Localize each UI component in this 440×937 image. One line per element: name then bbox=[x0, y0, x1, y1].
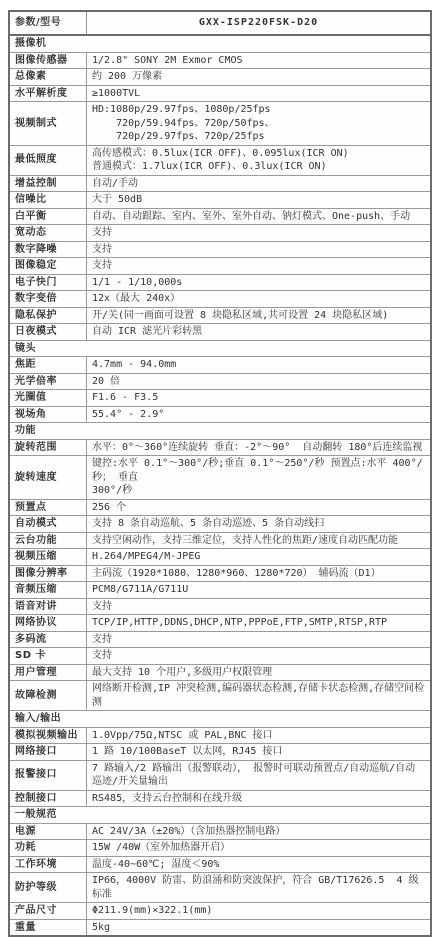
spec-row: 数字变倍12x（最大 240x） bbox=[9, 291, 431, 308]
section-row: 镜头 bbox=[9, 340, 431, 357]
param-value: Φ211.9(mm)×322.1(mm) bbox=[87, 903, 432, 920]
param-value: 温度-40~60℃; 湿度＜90% bbox=[87, 856, 432, 873]
spec-row: 光圈值F1.6 - F3.5 bbox=[9, 390, 431, 407]
spec-row: 图像稳定支持 bbox=[9, 258, 431, 275]
param-label: 网络协议 bbox=[9, 615, 87, 632]
spec-row: 光学倍率20 倍 bbox=[9, 373, 431, 390]
spec-row: 日夜模式自动 ICR 滤光片彩转黑 bbox=[9, 324, 431, 341]
section-row: 输入/输出 bbox=[9, 711, 431, 728]
param-value: 1/2.8" SONY 2M Exmor CMOS bbox=[87, 52, 432, 69]
param-value: AC 24V/3A（±20%）（含加热器控制电路） bbox=[87, 823, 432, 840]
spec-row: 自动模式支持 8 条自动巡航、5 条自动巡迹、5 条自动线扫 bbox=[9, 516, 431, 533]
param-label: 信噪比 bbox=[9, 192, 87, 209]
spec-row: 视频压缩H.264/MPEG4/M-JPEG bbox=[9, 549, 431, 566]
param-label: 数字降噪 bbox=[9, 241, 87, 258]
param-label: 自动模式 bbox=[9, 516, 87, 533]
param-value-line: 键控:水平 0.1°～300°/秒;垂直 0.1°～250°/秒 预置点:水平 … bbox=[92, 457, 425, 484]
spec-table-body: 参数/型号 GXX-ISP220FSK-D20 摄像机图像传感器1/2.8" S… bbox=[9, 11, 431, 936]
param-label: 日夜模式 bbox=[9, 324, 87, 341]
spec-row: 水平解析度≥1000TVL bbox=[9, 85, 431, 102]
param-label: SD 卡 bbox=[9, 648, 87, 665]
param-label: 报警接口 bbox=[9, 760, 87, 790]
param-label: 白平衡 bbox=[9, 208, 87, 225]
param-label: 视频压缩 bbox=[9, 549, 87, 566]
param-label: 音频压缩 bbox=[9, 582, 87, 599]
section-row: 功能 bbox=[9, 423, 431, 440]
param-value: 自动、自动跟踪、室内、室外、室外自动、钠灯模式、One-push、手动 bbox=[87, 208, 432, 225]
spec-row: 电子快门1/1 - 1/10,000s bbox=[9, 274, 431, 291]
spec-row: 工作环境温度-40~60℃; 湿度＜90% bbox=[9, 856, 431, 873]
param-label: 最低照度 bbox=[9, 145, 87, 175]
spec-row: 报警接口7 路输入/2 路输出（报警联动）， 报警时可联动预置点/自动巡航/自动… bbox=[9, 760, 431, 790]
param-value: RS485，支持云台控制和在线升级 bbox=[87, 790, 432, 807]
param-value: 支持 bbox=[87, 258, 432, 275]
param-label: 数字变倍 bbox=[9, 291, 87, 308]
spec-row: 视场角55.4° - 2.9° bbox=[9, 406, 431, 423]
spec-row: 网络接口1 路 10/100BaseT 以太网，RJ45 接口 bbox=[9, 744, 431, 761]
param-value: 4.7mm - 94.0mm bbox=[87, 357, 432, 374]
param-value: 256 个 bbox=[87, 499, 432, 516]
param-value-line: 高传感模式：0.5lux(ICR OFF)、0.095lux(ICR ON) bbox=[92, 147, 425, 161]
param-value: 支持 bbox=[87, 241, 432, 258]
param-value: PCM8/G711A/G711U bbox=[87, 582, 432, 599]
model-number: GXX-ISP220FSK-D20 bbox=[87, 11, 432, 35]
param-value-line: 720p/59.94fps、720p/50fps、 bbox=[92, 117, 425, 131]
param-label: 故障检测 bbox=[9, 681, 87, 711]
spec-row: 电源AC 24V/3A（±20%）（含加热器控制电路） bbox=[9, 823, 431, 840]
spec-row: 产品尺寸Φ211.9(mm)×322.1(mm) bbox=[9, 903, 431, 920]
param-value: 1.0Vpp/75Ω,NTSC 或 PAL,BNC 接口 bbox=[87, 727, 432, 744]
param-label: 电子快门 bbox=[9, 274, 87, 291]
param-value: 水平：0°～360°连续旋转 垂直：-2°～90° 自动翻转 180°后连续监视 bbox=[87, 439, 432, 456]
section-label: 摄像机 bbox=[9, 35, 431, 52]
param-value: 7 路输入/2 路输出（报警联动）， 报警时可联动预置点/自动巡航/自动巡迹/开… bbox=[87, 760, 432, 790]
section-label: 输入/输出 bbox=[9, 711, 431, 728]
spec-row: 多码流支持 bbox=[9, 631, 431, 648]
param-label: 语音对讲 bbox=[9, 598, 87, 615]
param-value-line: HD:1080p/29.97fps、1080p/25fps bbox=[92, 103, 425, 117]
spec-row: 网络协议TCP/IP,HTTP,DDNS,DHCP,NTP,PPPoE,FTP,… bbox=[9, 615, 431, 632]
param-label: 光学倍率 bbox=[9, 373, 87, 390]
param-value: TCP/IP,HTTP,DDNS,DHCP,NTP,PPPoE,FTP,SMTP… bbox=[87, 615, 432, 632]
param-label: 总像素 bbox=[9, 69, 87, 86]
spec-row: 语音对讲支持 bbox=[9, 598, 431, 615]
spec-row: 白平衡自动、自动跟踪、室内、室外、室外自动、钠灯模式、One-push、手动 bbox=[9, 208, 431, 225]
param-label: 隐私保护 bbox=[9, 307, 87, 324]
param-model-label: 参数/型号 bbox=[9, 11, 87, 35]
param-label: 工作环境 bbox=[9, 856, 87, 873]
param-value: 主码流（1920*1080、1280*960、1280*720） 辅码流（D1） bbox=[87, 565, 432, 582]
param-label: 增益控制 bbox=[9, 175, 87, 192]
param-value: 1/1 - 1/10,000s bbox=[87, 274, 432, 291]
param-label: 功耗 bbox=[9, 840, 87, 857]
spec-row: 信噪比大于 50dB bbox=[9, 192, 431, 209]
spec-row: 云台功能支持空闲动作，支持三维定位，支持人性化的焦距/速度自动匹配功能 bbox=[9, 532, 431, 549]
param-value: 20 倍 bbox=[87, 373, 432, 390]
section-label: 功能 bbox=[9, 423, 431, 440]
param-label: 预置点 bbox=[9, 499, 87, 516]
param-label: 多码流 bbox=[9, 631, 87, 648]
param-value: 自动/手动 bbox=[87, 175, 432, 192]
param-value: 自动 ICR 滤光片彩转黑 bbox=[87, 324, 432, 341]
spec-row: 焦距4.7mm - 94.0mm bbox=[9, 357, 431, 374]
section-row: 一般规范 bbox=[9, 807, 431, 824]
param-value: 最大支持 10 个用户,多级用户权限管理 bbox=[87, 664, 432, 681]
param-value: 5kg bbox=[87, 919, 432, 936]
spec-row: 最低照度高传感模式：0.5lux(ICR OFF)、0.095lux(ICR O… bbox=[9, 145, 431, 175]
spec-row: 视频制式HD:1080p/29.97fps、1080p/25fps 720p/5… bbox=[9, 102, 431, 146]
param-value-line: 300°/秒 bbox=[92, 484, 425, 498]
param-value: 网络断开检测,IP 冲突检测,编码器状态检测,存储卡状态检测,存储空间检测 bbox=[87, 681, 432, 711]
param-value: HD:1080p/29.97fps、1080p/25fps 720p/59.94… bbox=[87, 102, 432, 146]
spec-row: SD 卡支持 bbox=[9, 648, 431, 665]
param-label: 图像传感器 bbox=[9, 52, 87, 69]
spec-row: 隐私保护开/关(同一画面可设置 8 块隐私区域,共可设置 24 块隐私区域) bbox=[9, 307, 431, 324]
spec-row: 模拟视频输出1.0Vpp/75Ω,NTSC 或 PAL,BNC 接口 bbox=[9, 727, 431, 744]
param-label: 图像稳定 bbox=[9, 258, 87, 275]
param-label: 旋转范围 bbox=[9, 439, 87, 456]
param-value: 开/关(同一画面可设置 8 块隐私区域,共可设置 24 块隐私区域) bbox=[87, 307, 432, 324]
spec-row: 防护等级IP66，4000V 防雷、防浪涌和防突波保护，符合 GB/T17626… bbox=[9, 873, 431, 903]
spec-row: 数字降噪支持 bbox=[9, 241, 431, 258]
section-row: 摄像机 bbox=[9, 35, 431, 52]
param-value: 55.4° - 2.9° bbox=[87, 406, 432, 423]
spec-row: 宽动态支持 bbox=[9, 225, 431, 242]
param-label: 图像分辨率 bbox=[9, 565, 87, 582]
param-value: ≥1000TVL bbox=[87, 85, 432, 102]
spec-row: 用户管理最大支持 10 个用户,多级用户权限管理 bbox=[9, 664, 431, 681]
param-value: 高传感模式：0.5lux(ICR OFF)、0.095lux(ICR ON)普通… bbox=[87, 145, 432, 175]
param-label: 电源 bbox=[9, 823, 87, 840]
param-label: 视场角 bbox=[9, 406, 87, 423]
param-value: 支持 bbox=[87, 631, 432, 648]
param-label: 宽动态 bbox=[9, 225, 87, 242]
param-value: 1 路 10/100BaseT 以太网，RJ45 接口 bbox=[87, 744, 432, 761]
param-label: 模拟视频输出 bbox=[9, 727, 87, 744]
param-label: 重量 bbox=[9, 919, 87, 936]
param-label: 光圈值 bbox=[9, 390, 87, 407]
param-value: 键控:水平 0.1°～300°/秒;垂直 0.1°～250°/秒 预置点:水平 … bbox=[87, 456, 432, 500]
param-label: 网络接口 bbox=[9, 744, 87, 761]
param-label: 水平解析度 bbox=[9, 85, 87, 102]
param-value: 支持 8 条自动巡航、5 条自动巡迹、5 条自动线扫 bbox=[87, 516, 432, 533]
spec-row: 故障检测网络断开检测,IP 冲突检测,编码器状态检测,存储卡状态检测,存储空间检… bbox=[9, 681, 431, 711]
param-value-line: 普通模式：1.7lux(ICR OFF)、0.3lux(ICR ON) bbox=[92, 160, 425, 174]
spec-row: 音频压缩PCM8/G711A/G711U bbox=[9, 582, 431, 599]
param-value: IP66，4000V 防雷、防浪涌和防突波保护，符合 GB/T17626.5 4… bbox=[87, 873, 432, 903]
param-value: 支持空闲动作，支持三维定位，支持人性化的焦距/速度自动匹配功能 bbox=[87, 532, 432, 549]
param-label: 产品尺寸 bbox=[9, 903, 87, 920]
spec-row: 增益控制自动/手动 bbox=[9, 175, 431, 192]
param-value: 支持 bbox=[87, 648, 432, 665]
section-label: 镜头 bbox=[9, 340, 431, 357]
param-label: 视频制式 bbox=[9, 102, 87, 146]
param-value: 大于 50dB bbox=[87, 192, 432, 209]
param-value: 支持 bbox=[87, 225, 432, 242]
param-label: 控制接口 bbox=[9, 790, 87, 807]
param-label: 旋转速度 bbox=[9, 456, 87, 500]
spec-row: 旋转范围水平：0°～360°连续旋转 垂直：-2°～90° 自动翻转 180°后… bbox=[9, 439, 431, 456]
spec-table: 参数/型号 GXX-ISP220FSK-D20 摄像机图像传感器1/2.8" S… bbox=[8, 10, 432, 937]
spec-row: 旋转速度键控:水平 0.1°～300°/秒;垂直 0.1°～250°/秒 预置点… bbox=[9, 456, 431, 500]
spec-row: 重量5kg bbox=[9, 919, 431, 936]
spec-row: 总像素约 200 万像素 bbox=[9, 69, 431, 86]
param-value: 15W /40W（室外加热器开启） bbox=[87, 840, 432, 857]
param-label: 用户管理 bbox=[9, 664, 87, 681]
param-label: 焦距 bbox=[9, 357, 87, 374]
spec-row: 功耗15W /40W（室外加热器开启） bbox=[9, 840, 431, 857]
spec-header-row: 参数/型号 GXX-ISP220FSK-D20 bbox=[9, 11, 431, 35]
param-value-line: 720p/29.97fps、720p/25fps bbox=[92, 130, 425, 144]
spec-row: 图像分辨率主码流（1920*1080、1280*960、1280*720） 辅码… bbox=[9, 565, 431, 582]
param-value: F1.6 - F3.5 bbox=[87, 390, 432, 407]
param-value: 约 200 万像素 bbox=[87, 69, 432, 86]
section-label: 一般规范 bbox=[9, 807, 431, 824]
param-value: 12x（最大 240x） bbox=[87, 291, 432, 308]
param-value: 支持 bbox=[87, 598, 432, 615]
param-value: H.264/MPEG4/M-JPEG bbox=[87, 549, 432, 566]
param-label: 防护等级 bbox=[9, 873, 87, 903]
spec-row: 预置点256 个 bbox=[9, 499, 431, 516]
spec-row: 控制接口RS485，支持云台控制和在线升级 bbox=[9, 790, 431, 807]
spec-row: 图像传感器1/2.8" SONY 2M Exmor CMOS bbox=[9, 52, 431, 69]
param-label: 云台功能 bbox=[9, 532, 87, 549]
